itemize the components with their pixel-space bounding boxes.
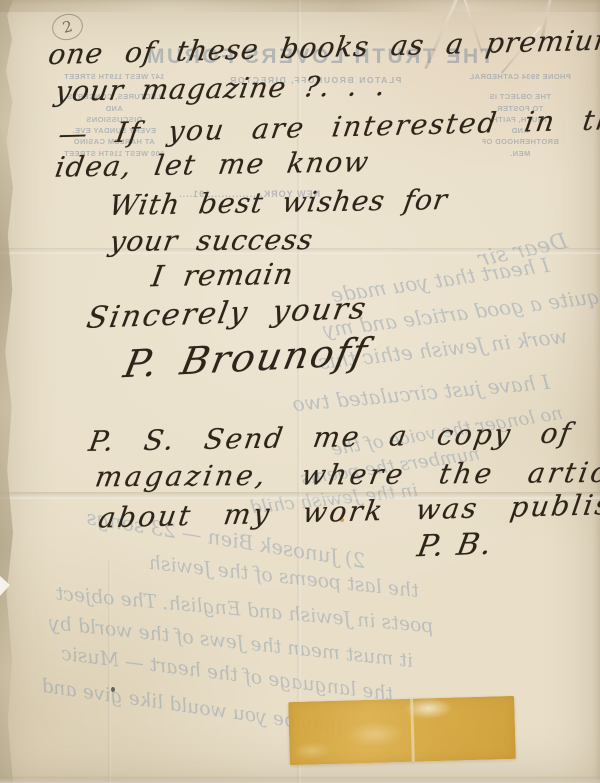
letterhead-objective-line: MEN.: [464, 148, 576, 159]
letter-line: your magazine ?. . .: [53, 69, 389, 108]
torn-left-edge: [0, 0, 13, 783]
stain-speck: [111, 687, 115, 692]
paper-top-edge: [0, 0, 600, 12]
postscript-line: magazine, where the article: [93, 456, 600, 494]
postscript-line: P. S. Send me a copy of the: [87, 415, 600, 458]
letter-line: With best wishes for: [107, 183, 450, 222]
letter-line: I remain: [149, 257, 296, 293]
letterhead-objective-line: THE OBJECT IS: [464, 91, 576, 102]
postscript-initials: P. B.: [415, 527, 496, 565]
tape-seam: [410, 699, 415, 762]
letter-line: your success: [107, 223, 316, 258]
page-number-value: 2: [61, 17, 75, 37]
letter-scan-page: THE TRUTH LOVERS FORUM PHONE 5934 CATHED…: [0, 0, 600, 783]
letterhead-phone: PHONE 5934 CATHEDRAL: [464, 71, 576, 82]
tape-strip: [288, 696, 516, 765]
letter-line: idea, let me know: [53, 145, 372, 183]
bleedthrough-line: I have just circulated two: [291, 370, 550, 416]
vertical-fold-crease: [108, 560, 111, 783]
signature: P. Brounoff: [120, 330, 372, 387]
paper-bottom-edge: [0, 776, 600, 783]
